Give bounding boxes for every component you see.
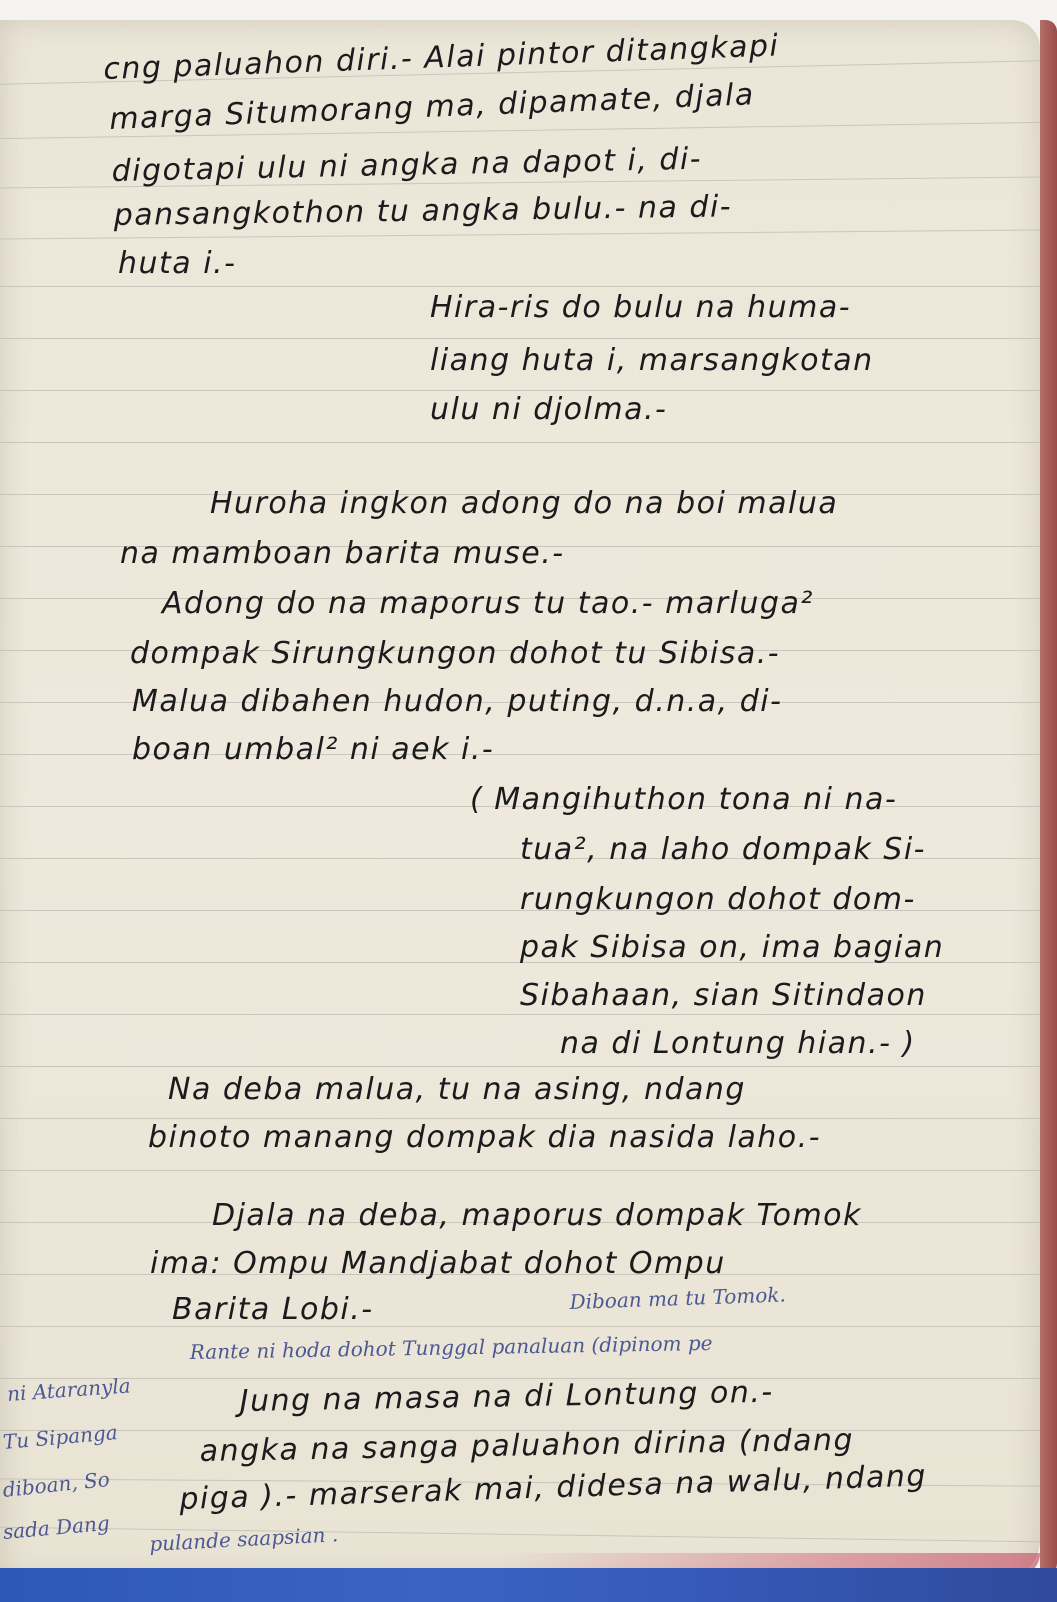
ruled-line	[0, 1066, 1040, 1067]
text-line: huta i.-	[118, 246, 236, 281]
text-line: Hira-ris do bulu na huma-	[430, 290, 851, 325]
text-line: tua², na laho dompak Si-	[520, 832, 926, 867]
margin-note: sada Dang	[2, 1511, 111, 1544]
text-line: Sibahaan, sian Sitindaon	[520, 978, 927, 1013]
ruled-line	[0, 1118, 1040, 1119]
text-line: Djala na deba, maporus dompak Tomok	[212, 1198, 862, 1233]
text-line: binoto manang dompak dia nasida laho.-	[148, 1120, 821, 1155]
margin-note: Diboan ma tu Tomok.	[569, 1282, 786, 1314]
ruled-line	[0, 286, 1040, 287]
text-line: pansangkothon tu angka bulu.- na di-	[114, 189, 733, 233]
text-line: dompak Sirungkungon dohot tu Sibisa.-	[130, 636, 780, 671]
ruled-line	[0, 338, 1040, 339]
margin-note: Tu Sipanga	[2, 1420, 119, 1454]
ruled-line	[0, 1014, 1040, 1015]
text-line: rungkungon dohot dom-	[520, 882, 916, 917]
ruled-line	[0, 1170, 1040, 1171]
text-line: cng paluahon diri.- Alai pintor ditangka…	[103, 28, 780, 87]
text-line: Huroha ingkon adong do na boi malua	[210, 486, 838, 521]
margin-note: Rante ni hoda dohot Tunggal panaluan (di…	[190, 1331, 713, 1364]
text-line: Adong do na maporus tu tao.- marluga²	[162, 586, 814, 621]
margin-note: pulande saapsian .	[149, 1522, 339, 1556]
text-line: Barita Lobi.-	[172, 1292, 374, 1327]
text-line: ( Mangihuthon tona ni na-	[470, 782, 897, 817]
background-surface	[0, 1568, 1057, 1602]
text-line: Na deba malua, tu na asing, ndang	[168, 1072, 746, 1107]
text-line: ulu ni djolma.-	[430, 392, 667, 427]
margin-note: diboan, So	[1, 1467, 110, 1502]
ruled-line	[0, 442, 1040, 443]
text-line: ima: Ompu Mandjabat dohot Ompu	[150, 1246, 726, 1281]
text-line: pak Sibisa on, ima bagian	[520, 930, 944, 965]
page-red-edge	[1040, 20, 1057, 1580]
text-line: na mamboan barita muse.-	[120, 536, 565, 571]
notebook-page: cng paluahon diri.- Alai pintor ditangka…	[0, 20, 1040, 1580]
ruled-line	[0, 1326, 1040, 1327]
text-line: Malua dibahen hudon, puting, d.n.a, di-	[132, 684, 782, 719]
text-line: liang huta i, marsangkotan	[430, 343, 874, 378]
text-line: Jung na masa na di Lontung on.-	[239, 1375, 774, 1419]
text-line: na di Lontung hian.- )	[560, 1026, 916, 1061]
ruled-line	[0, 390, 1040, 391]
text-line: boan umbal² ni aek i.-	[132, 732, 494, 767]
